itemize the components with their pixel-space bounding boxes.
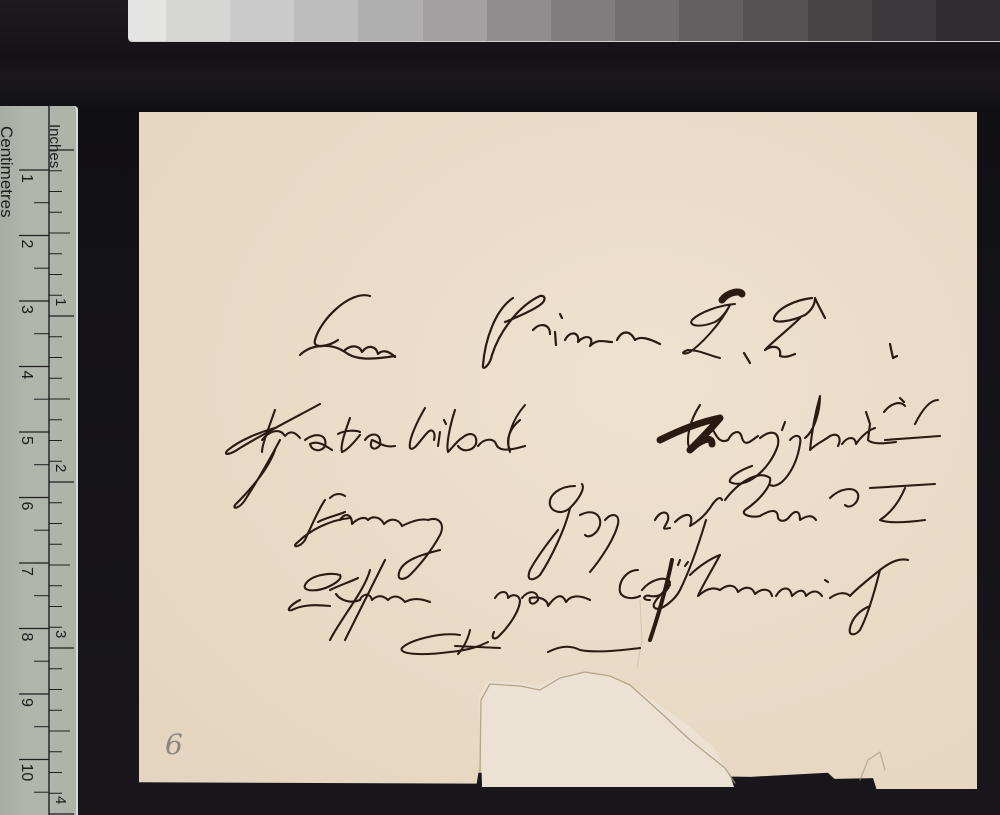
handwriting-majestaet [660,396,940,486]
handwriting-flourish [402,630,640,654]
handwriting-line-2 [226,404,525,508]
handwriting-line-4 [289,555,908,640]
handwritten-address [0,0,1000,815]
pencilled-page-number: 6 [165,728,183,761]
handwriting-line-3 [295,475,935,609]
handwriting-line-1 [300,292,897,368]
